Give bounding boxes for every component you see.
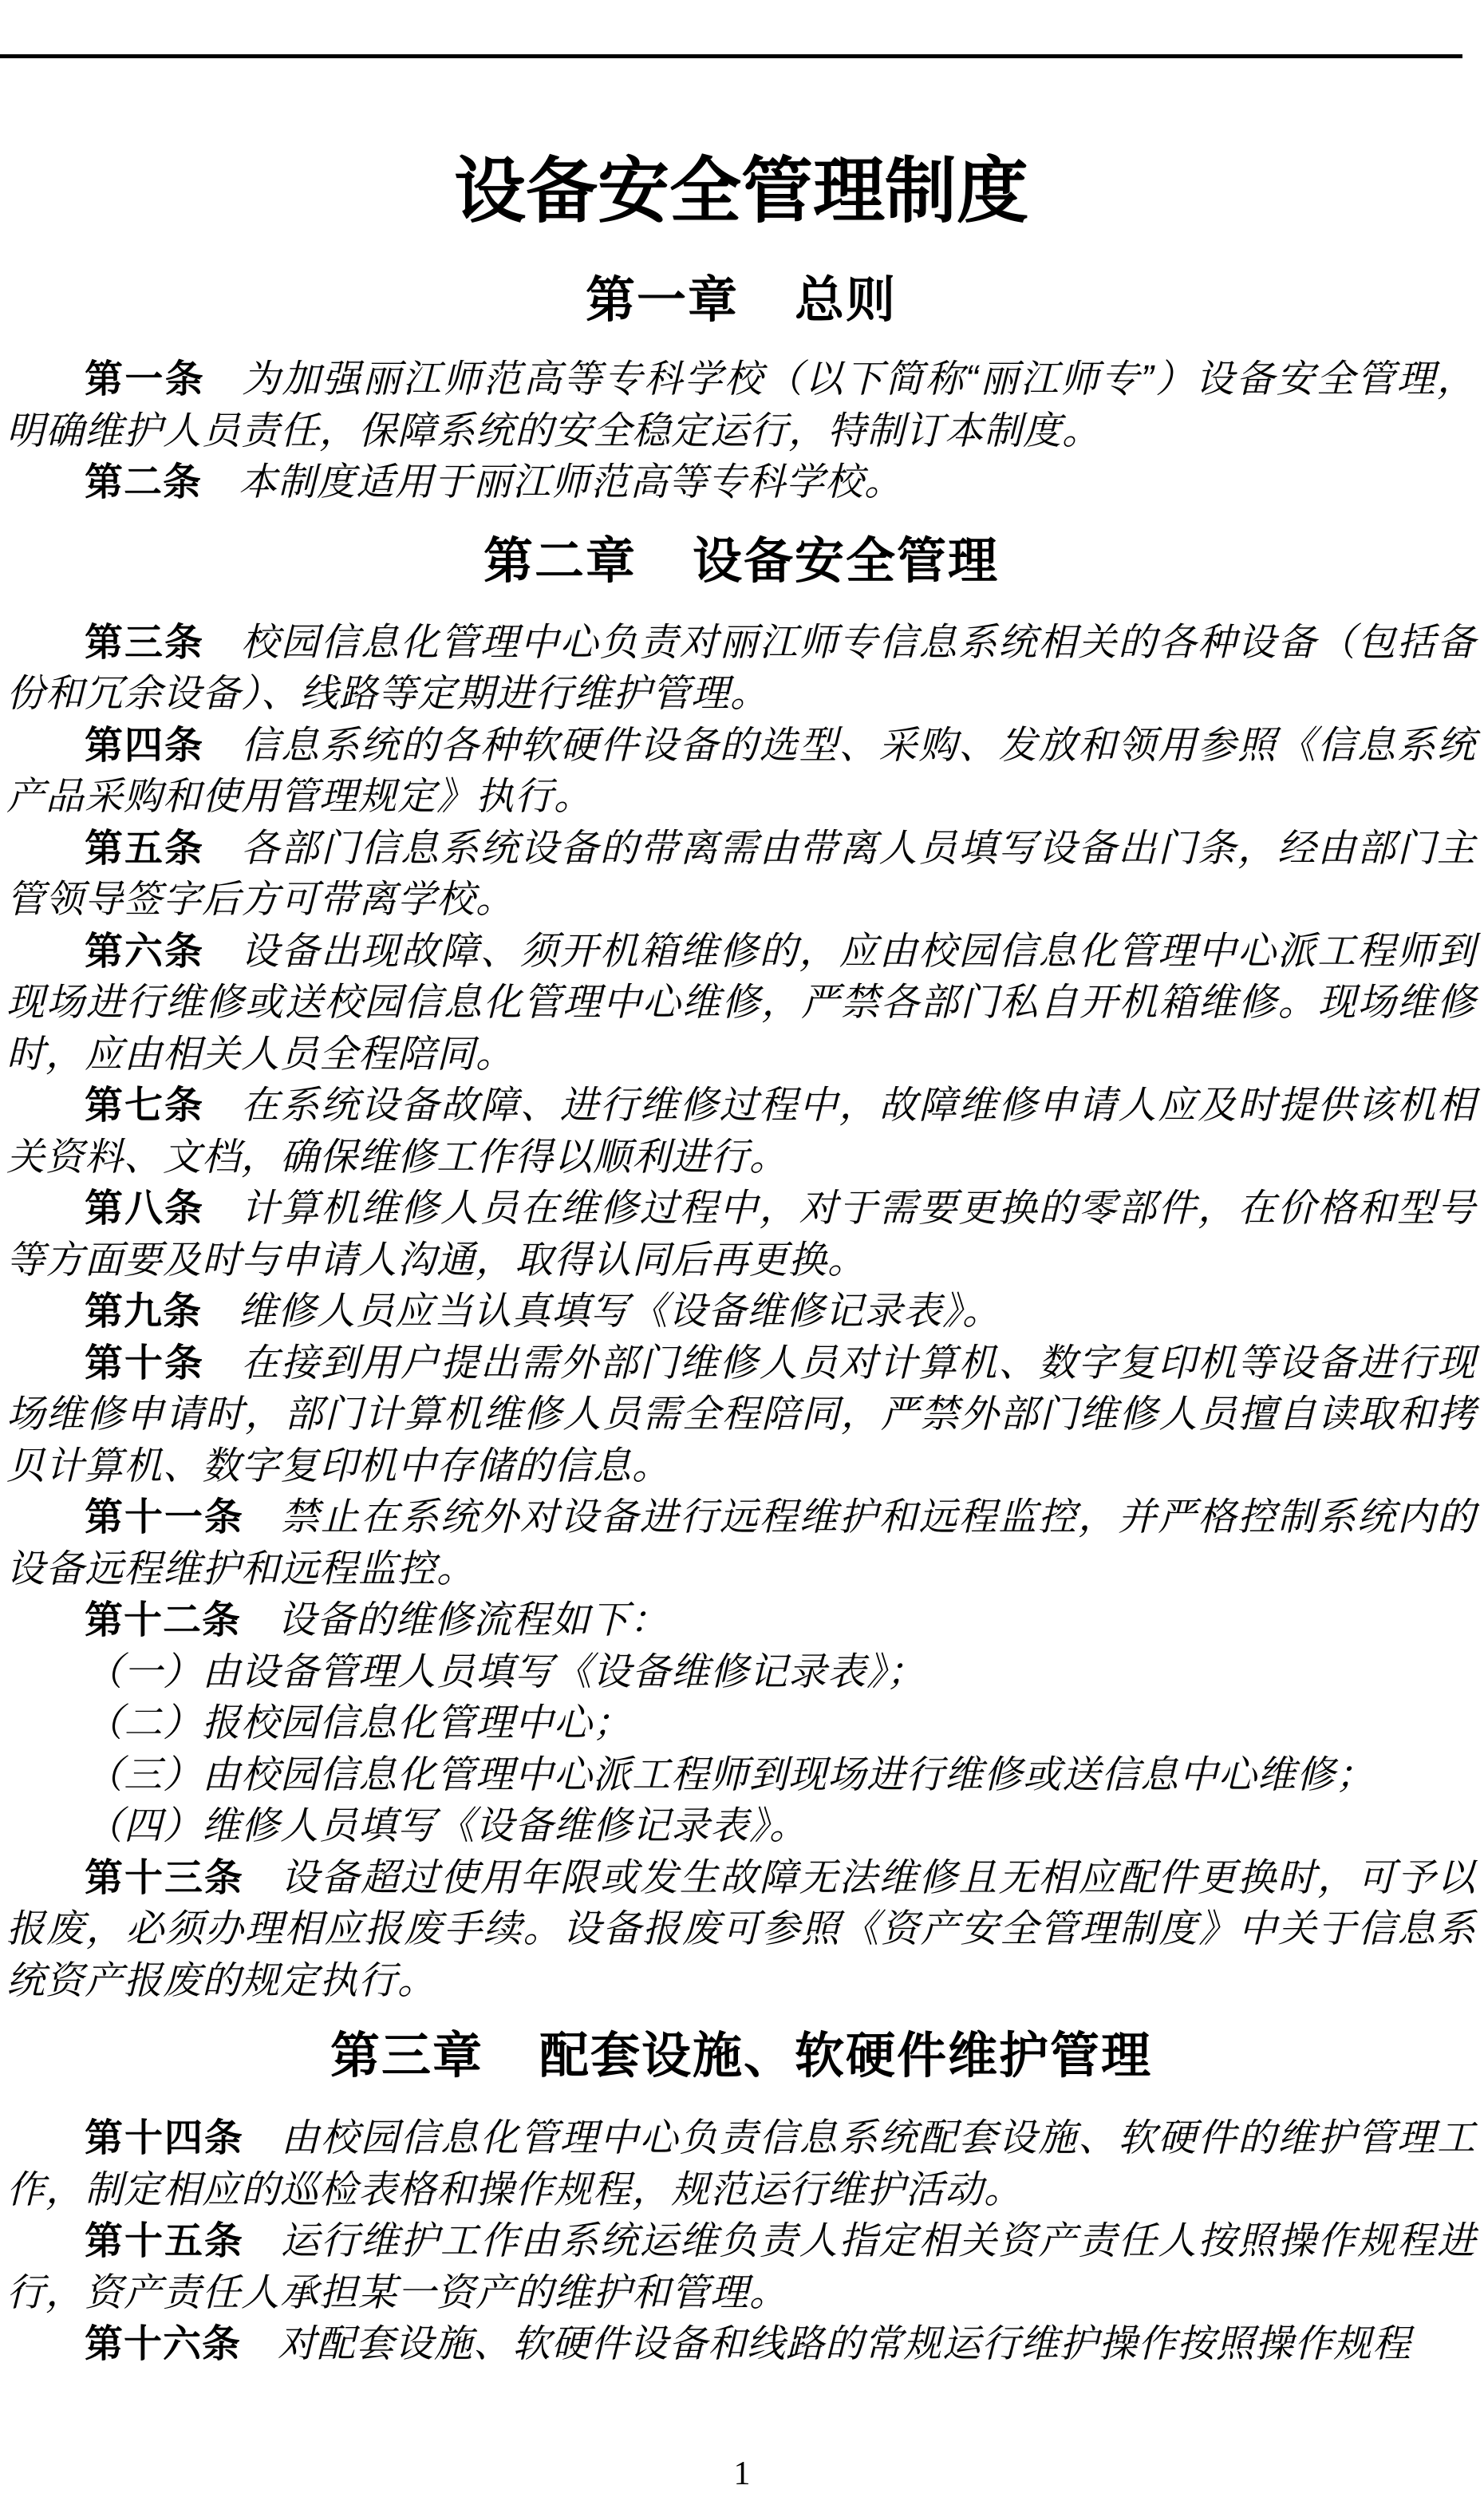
article-number: 第五条	[85, 828, 204, 870]
article-text: 各部门信息系统设备的带离需由带离人员填写设备出门条，经由部门主管领导签字后方可带…	[6, 828, 1476, 922]
page-number: 1	[0, 2456, 1484, 2491]
article-paragraph: 第一条为加强丽江师范高等专科学校（以下简称“丽江师专”）设备安全管理，明确维护人…	[6, 354, 1476, 457]
chapter-title: 总则	[795, 273, 897, 328]
article-number: 第二条	[85, 461, 202, 504]
article-number: 第三条	[85, 622, 204, 664]
document-title: 设备安全管理制度	[6, 152, 1476, 231]
article-text: 在系统设备故障、进行维修过程中，故障维修申请人应及时提供该机相关资料、文档，确保…	[6, 1085, 1476, 1179]
article-text: 信息系统的各种软硬件设备的选型、采购、发放和领用参照《信息系统产品采购和使用管理…	[6, 725, 1476, 819]
article-text: 维修人员应当认真填写《设备维修记录表》。	[239, 1290, 1001, 1333]
article-text: 校园信息化管理中心负责对丽江师专信息系统相关的各种设备（包括备份和冗余设备）、线…	[6, 622, 1476, 716]
list-item: （一）由设备管理人员填写《设备维修记录表》；	[6, 1647, 1476, 1699]
article-number: 第十二条	[85, 1599, 241, 1642]
article-text: 在接到用户提出需外部门维修人员对计算机、数字复印机等设备进行现场维修申请时，部门…	[6, 1342, 1476, 1488]
chapter-title: 配套设施、软硬件维护管理	[539, 2029, 1152, 2084]
chapter-heading-3: 第三章配套设施、软硬件维护管理	[6, 2025, 1476, 2088]
article-number: 第六条	[85, 930, 204, 973]
article-paragraph: 第八条计算机维修人员在维修过程中，对于需要更换的零部件，在价格和型号等方面要及时…	[6, 1183, 1476, 1286]
article-number: 第十六条	[85, 2323, 241, 2365]
article-text: 对配套设施、软硬件设备和线路的常规运行维护操作按照操作规程	[278, 2323, 1411, 2365]
article-paragraph: 第三条校园信息化管理中心负责对丽江师专信息系统相关的各种设备（包括备份和冗余设备…	[6, 618, 1476, 721]
list-item-text: （三）由校园信息化管理中心派工程师到现场进行维修或送信息中心维修；	[85, 1754, 1375, 1796]
article-paragraph: 第二条本制度适用于丽江师范高等专科学校。	[6, 457, 1476, 509]
article-number: 第七条	[85, 1085, 204, 1127]
article-number: 第十三条	[85, 1857, 244, 1899]
document-body: 设备安全管理制度 第一章总则 第一条为加强丽江师范高等专科学校（以下简称“丽江师…	[6, 0, 1476, 2371]
article-paragraph: 第四条信息系统的各种软硬件设备的选型、采购、发放和领用参照《信息系统产品采购和使…	[6, 721, 1476, 824]
article-number: 第一条	[85, 358, 205, 401]
chapter-number: 第三章	[330, 2029, 483, 2084]
article-number: 第十条	[85, 1342, 204, 1385]
article-paragraph: 第十六条对配套设施、软硬件设备和线路的常规运行维护操作按照操作规程	[6, 2319, 1476, 2371]
article-text: 设备出现故障、须开机箱维修的，应由校园信息化管理中心派工程师到现场进行维修或送校…	[6, 930, 1476, 1076]
article-number: 第十一条	[85, 1496, 244, 1539]
list-item-text: （一）由设备管理人员填写《设备维修记录表》；	[85, 1651, 926, 1693]
article-number: 第八条	[85, 1187, 204, 1230]
list-item: （二）报校园信息化管理中心；	[6, 1698, 1476, 1750]
article-text: 本制度适用于丽江师范高等专科学校。	[239, 461, 903, 504]
article-paragraph: 第九条维修人员应当认真填写《设备维修记录表》。	[6, 1286, 1476, 1338]
article-text: 设备的维修流程如下：	[278, 1599, 669, 1642]
article-paragraph: 第十二条设备的维修流程如下：	[6, 1595, 1476, 1647]
chapter-heading-2: 第二章设备安全管理	[6, 531, 1476, 593]
chapter-title: 设备安全管理	[693, 534, 999, 589]
chapter-heading-1: 第一章总则	[6, 270, 1476, 332]
article-paragraph: 第五条各部门信息系统设备的带离需由带离人员填写设备出门条，经由部门主管领导签字后…	[6, 824, 1476, 927]
page: { "document": { "title": "设备安全管理制度", "co…	[0, 0, 1484, 2501]
list-item-text: （四）维修人员填写《设备维修记录表》。	[85, 1805, 808, 1847]
chapter-number: 第二章	[483, 534, 637, 589]
article-number: 第十五条	[85, 2220, 244, 2262]
article-paragraph: 第十三条设备超过使用年限或发生故障无法维修且无相应配件更换时，可予以报废，必须办…	[6, 1853, 1476, 2008]
article-paragraph: 第十五条运行维护工作由系统运维负责人指定相关资产责任人按照操作规程进行，资产责任…	[6, 2216, 1476, 2319]
article-number: 第四条	[85, 725, 204, 767]
article-paragraph: 第七条在系统设备故障、进行维修过程中，故障维修申请人应及时提供该机相关资料、文档…	[6, 1081, 1476, 1183]
article-number: 第十四条	[85, 2117, 244, 2159]
list-item: （四）维修人员填写《设备维修记录表》。	[6, 1801, 1476, 1853]
article-text: 为加强丽江师范高等专科学校（以下简称“丽江师专”）设备安全管理，明确维护人员责任…	[6, 358, 1476, 452]
list-item-text: （二）报校园信息化管理中心；	[85, 1702, 632, 1744]
article-paragraph: 第十条在接到用户提出需外部门维修人员对计算机、数字复印机等设备进行现场维修申请时…	[6, 1338, 1476, 1493]
article-text: 计算机维修人员在维修过程中，对于需要更换的零部件，在价格和型号等方面要及时与申请…	[6, 1187, 1476, 1282]
chapter-number: 第一章	[586, 273, 739, 328]
article-paragraph: 第十一条禁止在系统外对设备进行远程维护和远程监控，并严格控制系统内的设备远程维护…	[6, 1492, 1476, 1595]
article-paragraph: 第六条设备出现故障、须开机箱维修的，应由校园信息化管理中心派工程师到现场进行维修…	[6, 927, 1476, 1081]
article-paragraph: 第十四条由校园信息化管理中心负责信息系统配套设施、软硬件的维护管理工作，制定相应…	[6, 2113, 1476, 2216]
list-item: （三）由校园信息化管理中心派工程师到现场进行维修或送信息中心维修；	[6, 1750, 1476, 1802]
article-number: 第九条	[85, 1290, 202, 1333]
